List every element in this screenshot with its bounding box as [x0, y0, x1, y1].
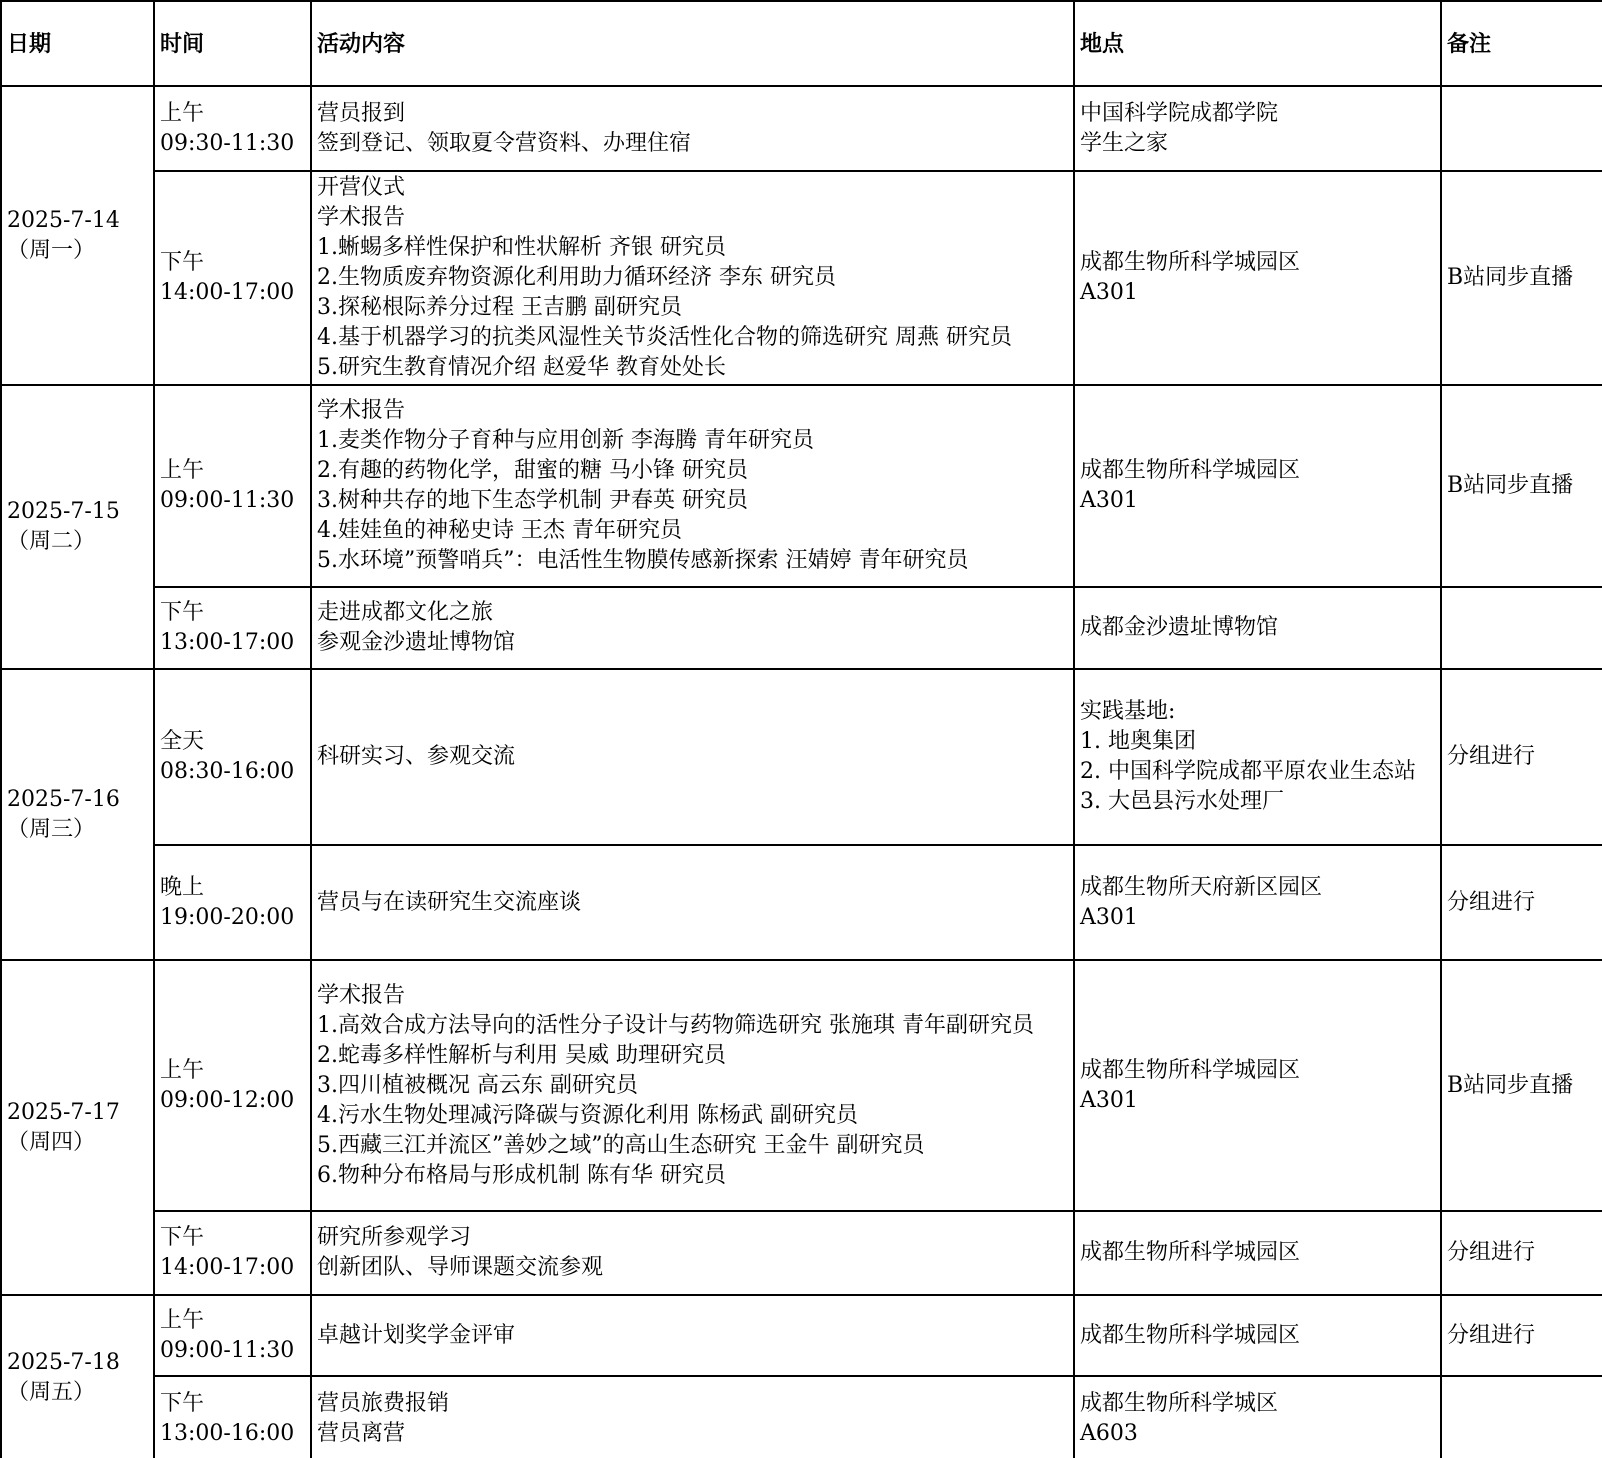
location-cell: 成都生物所天府新区园区 A301 [1074, 845, 1441, 960]
location-cell: 成都生物所科学城园区 [1074, 1295, 1441, 1376]
note-cell: B站同步直播 [1441, 171, 1602, 385]
location-cell: 成都生物所科学城园区 [1074, 1211, 1441, 1295]
header-location: 地点 [1074, 1, 1441, 86]
table-row: 2025-7-16 （周三） 全天 08:30-16:00 科研实习、参观交流 … [1, 669, 1602, 845]
time-cell: 下午 14:00-17:00 [154, 171, 311, 385]
note-cell: B站同步直播 [1441, 960, 1602, 1211]
table-row: 2025-7-17 （周四） 上午 09:00-12:00 学术报告 1.高效合… [1, 960, 1602, 1211]
location-cell: 成都生物所科学城园区 A301 [1074, 385, 1441, 587]
table-row: 下午 13:00-17:00 走进成都文化之旅 参观金沙遗址博物馆 成都金沙遗址… [1, 587, 1602, 669]
table-row: 2025-7-14 （周一） 上午 09:30-11:30 营员报到 签到登记、… [1, 86, 1602, 171]
activity-cell: 开营仪式 学术报告 1.蜥蜴多样性保护和性状解析 齐银 研究员 2.生物质废弃物… [311, 171, 1074, 385]
schedule-page: 日期 时间 活动内容 地点 备注 2025-7-14 （周一） 上午 09:30… [0, 0, 1602, 1458]
note-cell: 分组进行 [1441, 845, 1602, 960]
activity-cell: 研究所参观学习 创新团队、导师课题交流参观 [311, 1211, 1074, 1295]
note-cell: 分组进行 [1441, 1211, 1602, 1295]
time-cell: 下午 13:00-16:00 [154, 1376, 311, 1458]
header-activity: 活动内容 [311, 1, 1074, 86]
table-row: 2025-7-18 （周五） 上午 09:00-11:30 卓越计划奖学金评审 … [1, 1295, 1602, 1376]
time-cell: 晚上 19:00-20:00 [154, 845, 311, 960]
table-row: 下午 14:00-17:00 开营仪式 学术报告 1.蜥蜴多样性保护和性状解析 … [1, 171, 1602, 385]
table-row: 下午 14:00-17:00 研究所参观学习 创新团队、导师课题交流参观 成都生… [1, 1211, 1602, 1295]
activity-cell: 营员报到 签到登记、领取夏令营资料、办理住宿 [311, 86, 1074, 171]
schedule-table: 日期 时间 活动内容 地点 备注 2025-7-14 （周一） 上午 09:30… [0, 0, 1602, 1458]
note-cell: 分组进行 [1441, 669, 1602, 845]
note-cell: 分组进行 [1441, 1295, 1602, 1376]
location-cell: 成都生物所科学城区 A603 [1074, 1376, 1441, 1458]
time-cell: 上午 09:30-11:30 [154, 86, 311, 171]
time-cell: 上午 09:00-11:30 [154, 385, 311, 587]
table-row: 下午 13:00-16:00 营员旅费报销 营员离营 成都生物所科学城区 A60… [1, 1376, 1602, 1458]
note-cell: B站同步直播 [1441, 385, 1602, 587]
header-note: 备注 [1441, 1, 1602, 86]
date-cell: 2025-7-14 （周一） [1, 86, 154, 385]
location-cell: 实践基地: 1. 地奥集团 2. 中国科学院成都平原农业生态站 3. 大邑县污水… [1074, 669, 1441, 845]
time-cell: 下午 14:00-17:00 [154, 1211, 311, 1295]
activity-cell: 走进成都文化之旅 参观金沙遗址博物馆 [311, 587, 1074, 669]
date-cell: 2025-7-16 （周三） [1, 669, 154, 960]
location-cell: 成都金沙遗址博物馆 [1074, 587, 1441, 669]
time-cell: 上午 09:00-11:30 [154, 1295, 311, 1376]
activity-cell: 学术报告 1.麦类作物分子育种与应用创新 李海腾 青年研究员 2.有趣的药物化学… [311, 385, 1074, 587]
note-cell [1441, 86, 1602, 171]
header-time: 时间 [154, 1, 311, 86]
location-cell: 成都生物所科学城园区 A301 [1074, 171, 1441, 385]
time-cell: 全天 08:30-16:00 [154, 669, 311, 845]
date-cell: 2025-7-17 （周四） [1, 960, 154, 1295]
location-cell: 中国科学院成都学院 学生之家 [1074, 86, 1441, 171]
activity-cell: 学术报告 1.高效合成方法导向的活性分子设计与药物筛选研究 张施琪 青年副研究员… [311, 960, 1074, 1211]
activity-cell: 科研实习、参观交流 [311, 669, 1074, 845]
note-cell [1441, 587, 1602, 669]
table-row: 晚上 19:00-20:00 营员与在读研究生交流座谈 成都生物所天府新区园区 … [1, 845, 1602, 960]
time-cell: 下午 13:00-17:00 [154, 587, 311, 669]
activity-cell: 营员与在读研究生交流座谈 [311, 845, 1074, 960]
time-cell: 上午 09:00-12:00 [154, 960, 311, 1211]
location-cell: 成都生物所科学城园区 A301 [1074, 960, 1441, 1211]
date-cell: 2025-7-18 （周五） [1, 1295, 154, 1458]
activity-cell: 卓越计划奖学金评审 [311, 1295, 1074, 1376]
activity-cell: 营员旅费报销 营员离营 [311, 1376, 1074, 1458]
date-cell: 2025-7-15 （周二） [1, 385, 154, 669]
note-cell [1441, 1376, 1602, 1458]
header-row: 日期 时间 活动内容 地点 备注 [1, 1, 1602, 86]
header-date: 日期 [1, 1, 154, 86]
table-row: 2025-7-15 （周二） 上午 09:00-11:30 学术报告 1.麦类作… [1, 385, 1602, 587]
